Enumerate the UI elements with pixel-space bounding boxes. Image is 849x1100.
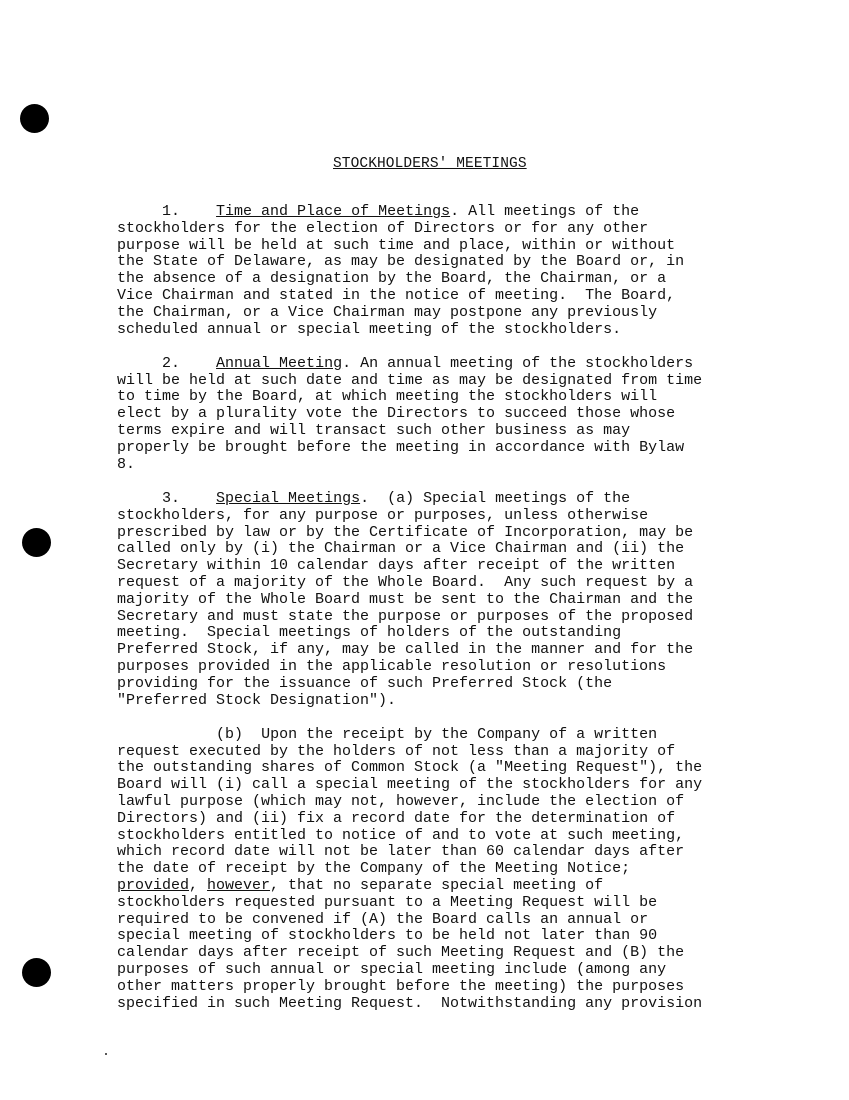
scan-speck	[105, 1053, 107, 1055]
punch-hole-icon	[22, 528, 51, 557]
text-line: special meeting of stockholders to be he…	[117, 928, 797, 945]
text-line: properly be brought before the meeting i…	[117, 440, 797, 457]
text-line: 8.	[117, 457, 797, 474]
text-line: prescribed by law or by the Certificate …	[117, 525, 797, 542]
section-heading: Time and Place of Meetings	[216, 203, 450, 220]
text-line: will be held at such date and time as ma…	[117, 373, 797, 390]
text-line: Vice Chairman and stated in the notice o…	[117, 288, 797, 305]
section-2: 2. Annual Meeting. An annual meeting of …	[117, 356, 797, 474]
text-line: providing for the issuance of such Prefe…	[117, 676, 797, 693]
document-page: STOCKHOLDERS' MEETINGS 1. Time and Place…	[0, 0, 849, 1100]
text-line: "Preferred Stock Designation").	[117, 693, 797, 710]
subsection-label: (b)	[216, 726, 243, 743]
section-1-first-line: 1. Time and Place of Meetings. All meeti…	[117, 204, 797, 221]
page-title: STOCKHOLDERS' MEETINGS	[333, 156, 527, 172]
text-line: the Chairman, or a Vice Chairman may pos…	[117, 305, 797, 322]
text-line: stockholders for the election of Directo…	[117, 221, 797, 238]
proviso-line: provided, however, that no separate spec…	[117, 878, 797, 895]
text-line: terms expire and will transact such othe…	[117, 423, 797, 440]
text-line: purposes provided in the applicable reso…	[117, 659, 797, 676]
section-heading: Annual Meeting	[216, 355, 342, 372]
text-line: scheduled annual or special meeting of t…	[117, 322, 797, 339]
text-line: Preferred Stock, if any, may be called i…	[117, 642, 797, 659]
text-line: to time by the Board, at which meeting t…	[117, 389, 797, 406]
text-line: calendar days after receipt of such Meet…	[117, 945, 797, 962]
text-line: other matters properly brought before th…	[117, 979, 797, 996]
text-line: the date of receipt by the Company of th…	[117, 861, 797, 878]
proviso-word-however: however	[207, 877, 270, 894]
subsection-first-line: (b) Upon the receipt by the Company of a…	[117, 727, 797, 744]
text-line: meeting. Special meetings of holders of …	[117, 625, 797, 642]
section-3: 3. Special Meetings. (a) Special meeting…	[117, 491, 797, 709]
punch-hole-icon	[20, 104, 49, 133]
section-3b: (b) Upon the receipt by the Company of a…	[117, 727, 797, 1013]
section-number: 1.	[162, 203, 180, 220]
text-line: called only by (i) the Chairman or a Vic…	[117, 541, 797, 558]
text-line: required to be convened if (A) the Board…	[117, 912, 797, 929]
text-line: request executed by the holders of not l…	[117, 744, 797, 761]
text-line: specified in such Meeting Request. Notwi…	[117, 996, 797, 1013]
punch-hole-icon	[22, 958, 51, 987]
text-line: the absence of a designation by the Boar…	[117, 271, 797, 288]
text-line: the outstanding shares of Common Stock (…	[117, 760, 797, 777]
section-2-first-line: 2. Annual Meeting. An annual meeting of …	[117, 356, 797, 373]
text-line: stockholders requested pursuant to a Mee…	[117, 895, 797, 912]
text-line: elect by a plurality vote the Directors …	[117, 406, 797, 423]
text-line: Directors) and (ii) fix a record date fo…	[117, 811, 797, 828]
text-line: Secretary and must state the purpose or …	[117, 609, 797, 626]
text-line: stockholders, for any purpose or purpose…	[117, 508, 797, 525]
document-body: 1. Time and Place of Meetings. All meeti…	[117, 204, 797, 1012]
text-line: which record date will not be later than…	[117, 844, 797, 861]
text-line: the State of Delaware, as may be designa…	[117, 254, 797, 271]
text-line: Secretary within 10 calendar days after …	[117, 558, 797, 575]
text-line: purposes of such annual or special meeti…	[117, 962, 797, 979]
text-line: request of a majority of the Whole Board…	[117, 575, 797, 592]
section-1: 1. Time and Place of Meetings. All meeti…	[117, 204, 797, 338]
text-line: purpose will be held at such time and pl…	[117, 238, 797, 255]
proviso-word-provided: provided	[117, 877, 189, 894]
section-heading: Special Meetings	[216, 490, 360, 507]
section-3-first-line: 3. Special Meetings. (a) Special meeting…	[117, 491, 797, 508]
text-line: lawful purpose (which may not, however, …	[117, 794, 797, 811]
section-number: 3.	[162, 490, 180, 507]
text-line: majority of the Whole Board must be sent…	[117, 592, 797, 609]
section-number: 2.	[162, 355, 180, 372]
text-line: stockholders entitled to notice of and t…	[117, 828, 797, 845]
text-line: Board will (i) call a special meeting of…	[117, 777, 797, 794]
